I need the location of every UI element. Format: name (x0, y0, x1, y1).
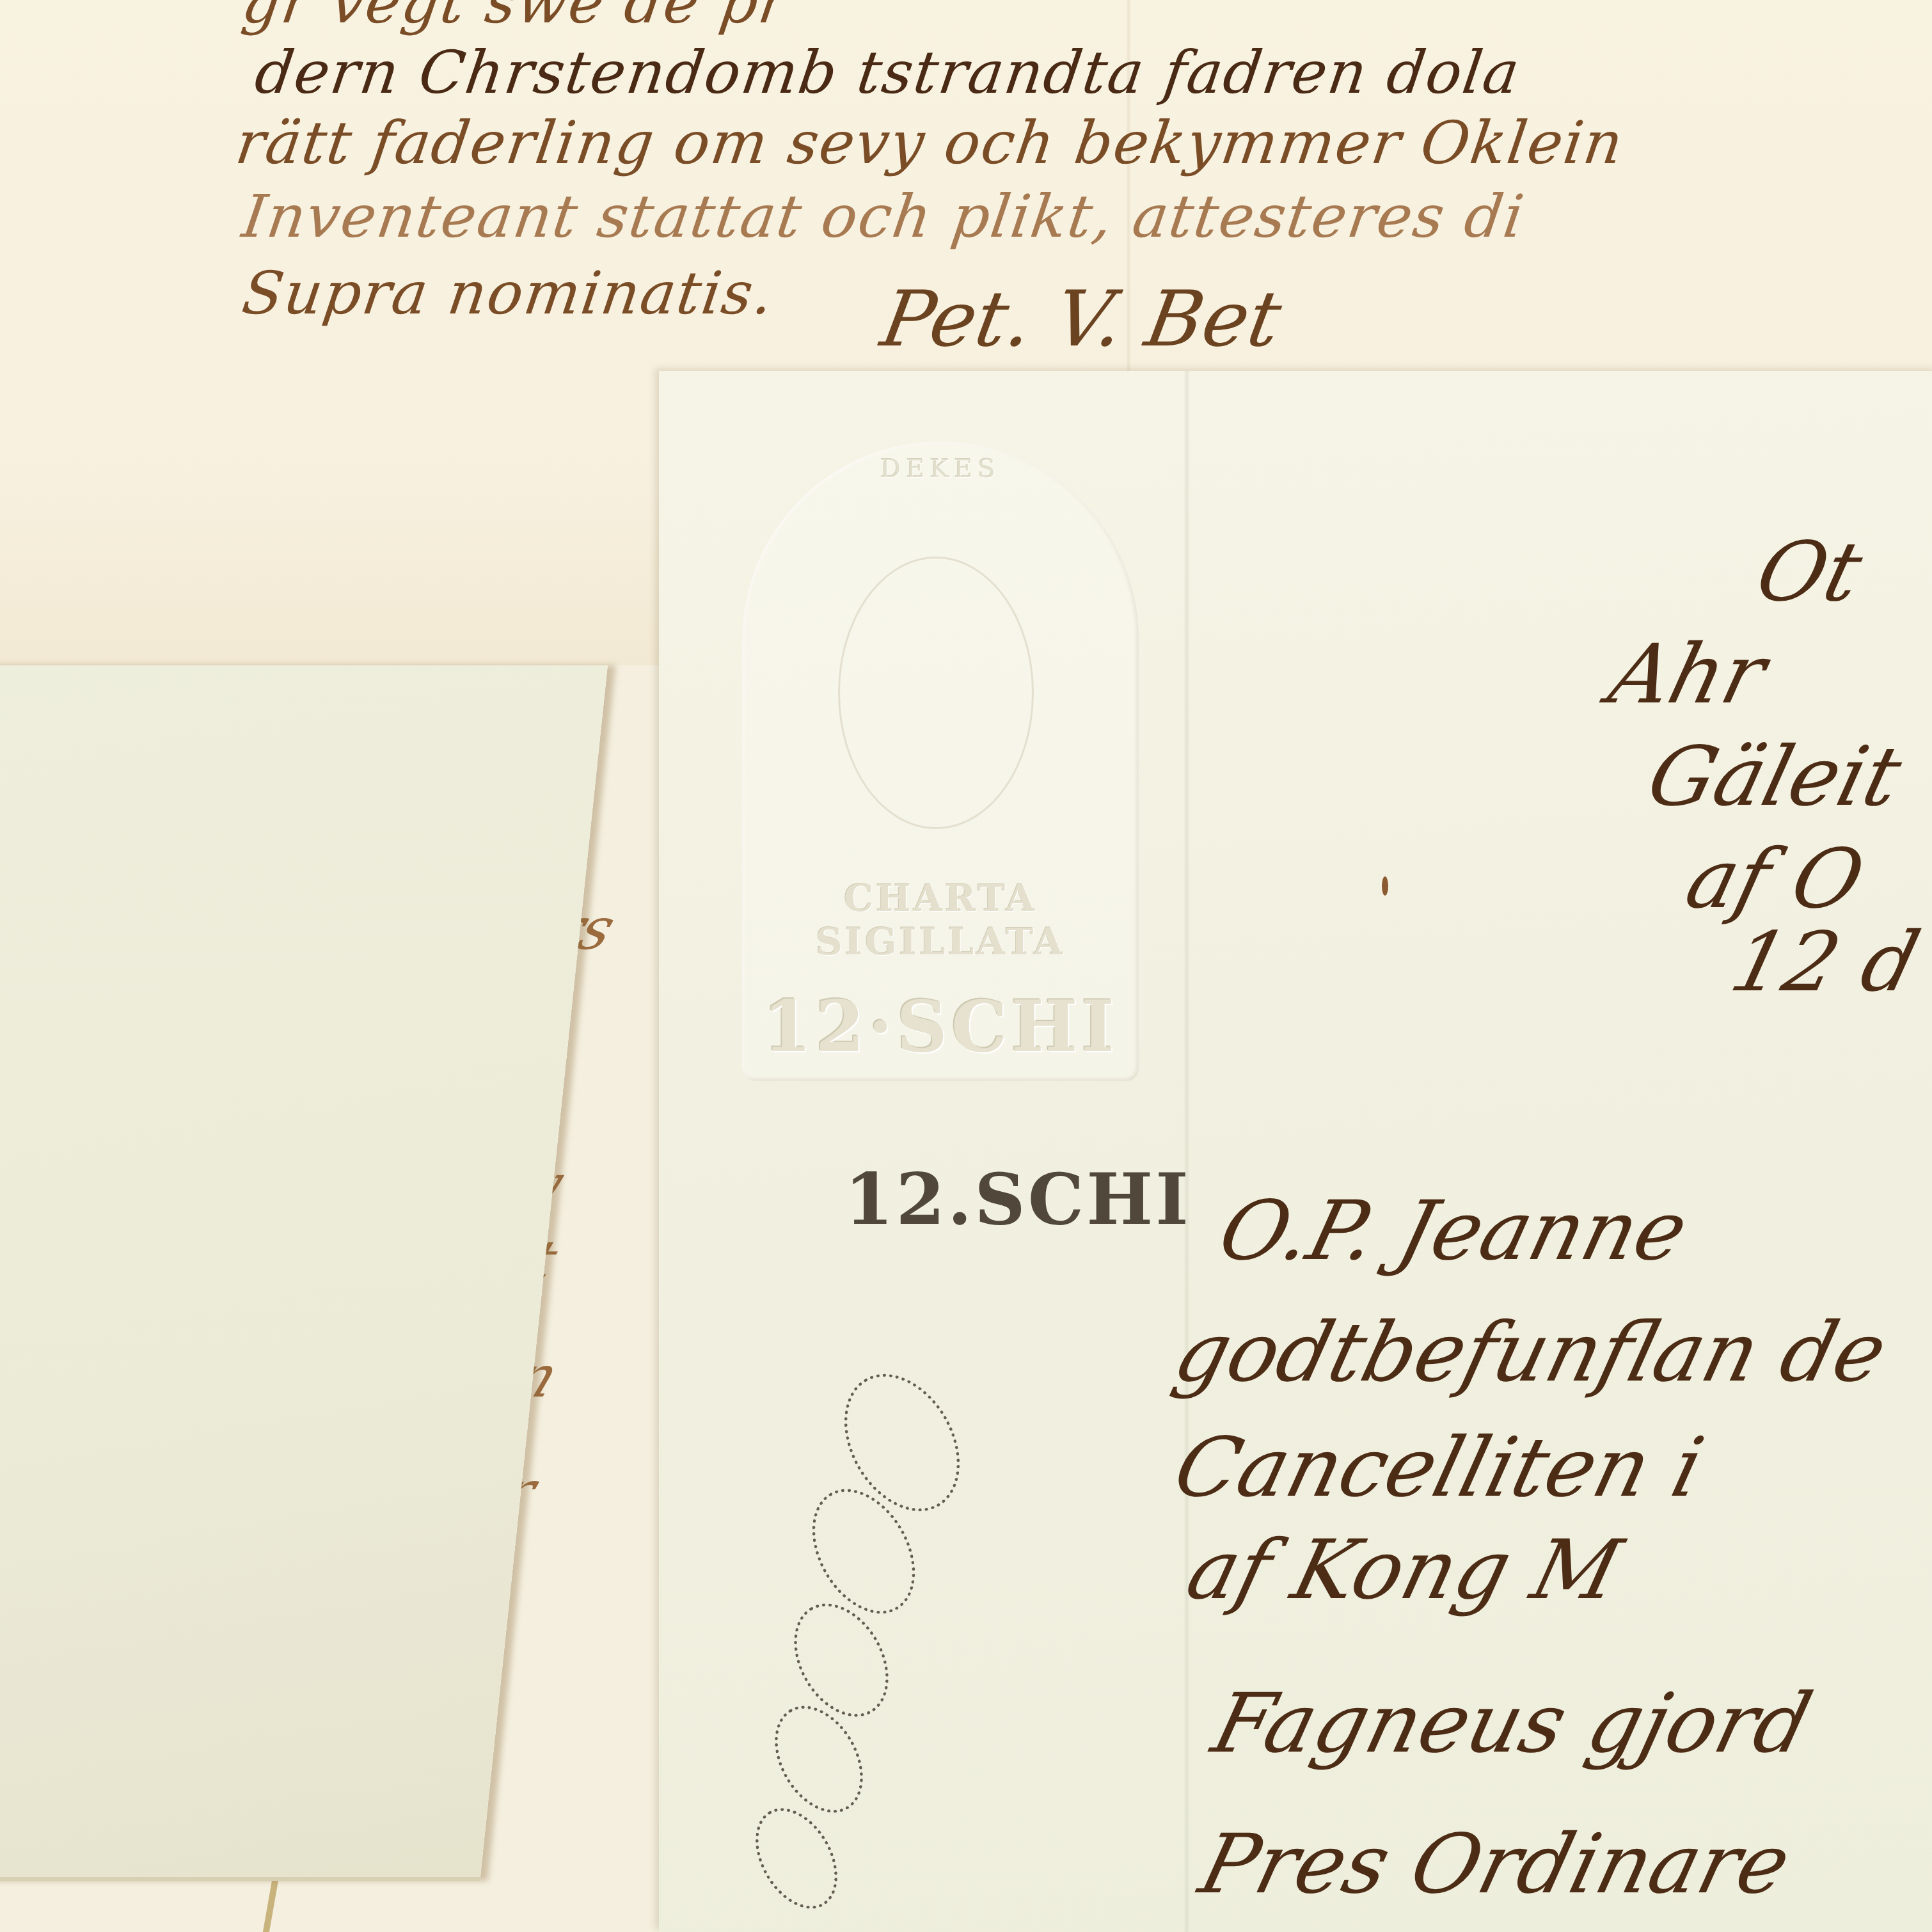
handwritten-line: Fagneus gjord (1203, 1676, 1820, 1771)
embossed-seal: DEKES CHARTA SIGILLATA 12·SCHI (742, 441, 1139, 1081)
handwritten-line: Ot (1747, 525, 1871, 620)
handwritten-line: Cancelliten i (1165, 1420, 1712, 1516)
signature: Pet. V. Bet (875, 275, 1288, 364)
handwritten-line: gr vegt swe de pr (238, 0, 793, 36)
handwritten-line: godtbefunflan de (1165, 1305, 1896, 1400)
handwritten-line: rätt faderling om sevy och bekymmer Okle… (232, 109, 1628, 177)
main-document: DEKES CHARTA SIGILLATA 12·SCHI 12.SCHI O… (659, 371, 1932, 1932)
handwritten-line: af O (1677, 832, 1873, 927)
handwritten-line: Inventeant stattat och plikt, attesteres… (238, 182, 1529, 251)
stamped-script-flourish (748, 1369, 966, 1932)
handwritten-line: O.P. Jeanne (1210, 1184, 1697, 1279)
paper-fold (1184, 371, 1190, 1932)
seal-arc-text: DEKES (742, 454, 1139, 484)
handwritten-line: 12 d (1722, 915, 1928, 1010)
seal-label: CHARTA SIGILLATA (742, 876, 1139, 963)
handwritten-line: dern Chrstendomb tstrandta fadren dola (251, 38, 1524, 107)
handwritten-line: Gäleit (1638, 729, 1910, 825)
crest-icon (838, 557, 1034, 829)
handwritten-line: Ahr (1600, 627, 1775, 722)
handwritten-line: Pres Ordinare (1191, 1817, 1799, 1912)
handwritten-line: Supra nominatis. (238, 259, 779, 328)
handwritten-line: af Kong M (1178, 1523, 1630, 1618)
ink-stamp: 12.SCHI (844, 1158, 1191, 1240)
paper-edge (0, 1877, 480, 1881)
seal-value: 12·SCHI (742, 985, 1139, 1068)
ink-spot (1382, 876, 1388, 896)
